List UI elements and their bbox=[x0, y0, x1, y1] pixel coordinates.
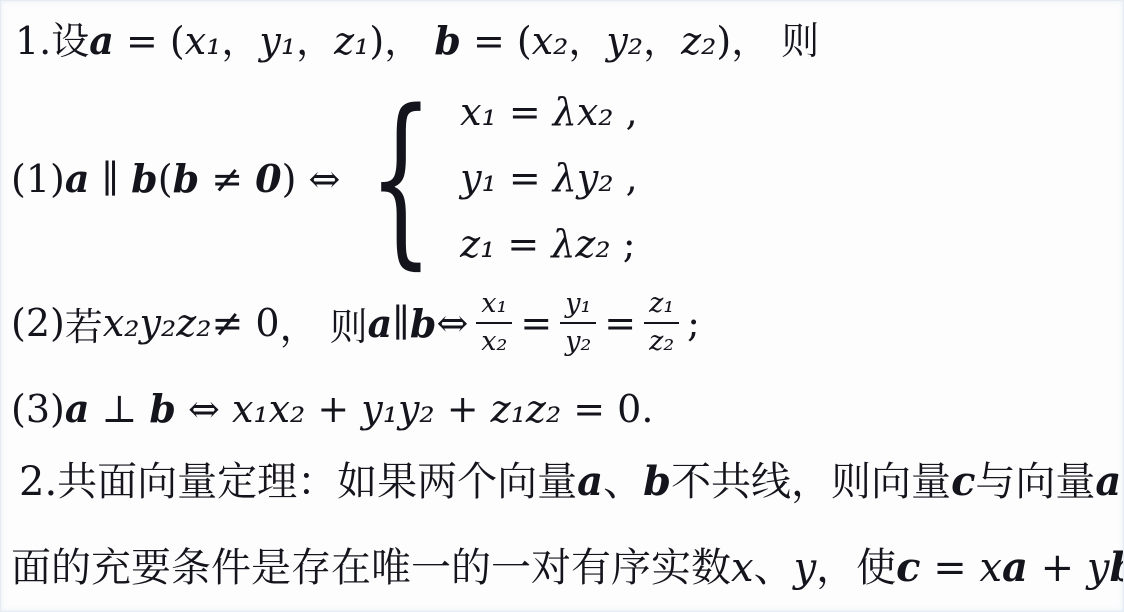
text-segment: ⇔ bbox=[436, 301, 468, 345]
text-segment: λz₂ bbox=[551, 222, 610, 266]
text-segment: x₂y₂z₂ bbox=[103, 301, 212, 345]
text-segment: = ( bbox=[461, 19, 532, 63]
text-segment: 面的充要条件是存在唯一的一对有序实数 bbox=[11, 545, 731, 591]
text-segment: + bbox=[305, 387, 361, 431]
text-segment: ) bbox=[716, 19, 731, 63]
text-segment: y bbox=[794, 545, 817, 591]
text-segment: x bbox=[979, 545, 1002, 591]
text-segment: (3) bbox=[11, 387, 65, 431]
text-segment: , bbox=[614, 156, 638, 200]
text-segment: x₁ bbox=[185, 19, 222, 63]
fraction: y₁y₂ bbox=[560, 290, 596, 356]
text-segment: c bbox=[896, 544, 920, 591]
text-segment: b bbox=[1110, 544, 1124, 591]
text-segment: ， bbox=[296, 19, 334, 63]
text-segment: y₁ bbox=[259, 19, 296, 63]
text-segment: a bbox=[577, 458, 603, 505]
text-segment: z₁z₂ bbox=[491, 387, 562, 431]
text-segment: 与向量 bbox=[975, 459, 1095, 505]
text-segment: a bbox=[368, 301, 393, 346]
text-segment: ≠ bbox=[199, 157, 255, 201]
equation-system: x₁ = λx₂ , y₁ = λy₂ , z₁ = λz₂ ; bbox=[460, 89, 638, 267]
text-segment: b bbox=[149, 386, 176, 431]
text-segment: ⊥ bbox=[89, 387, 149, 431]
text-segment: 2.共面向量定理：如果两个向量 bbox=[19, 459, 577, 505]
text-segment: a bbox=[89, 18, 114, 63]
text-segment: z₁ bbox=[460, 222, 495, 266]
fraction: z₁z₂ bbox=[644, 290, 679, 356]
text-segment: y₂ bbox=[606, 19, 643, 63]
text-segment: ) ⇔ bbox=[282, 157, 341, 201]
text-segment: = bbox=[921, 545, 980, 591]
text-segment: 、 bbox=[603, 459, 643, 505]
text-segment: = bbox=[495, 222, 551, 266]
text-segment: = bbox=[497, 90, 553, 134]
text-segment: ≠ 0 bbox=[211, 301, 279, 345]
text-segment: ， bbox=[643, 19, 681, 63]
text-segment: = ( bbox=[114, 19, 185, 63]
fraction: x₁x₂ bbox=[476, 290, 512, 356]
text-segment: = bbox=[520, 301, 552, 345]
text-segment: z₂ bbox=[681, 19, 716, 63]
text-segment: ; bbox=[687, 301, 700, 345]
vector-setup-line: 1.设a = (x₁，y₁，z₁)， b = (x₂，y₂，z₂)， 则 bbox=[15, 17, 819, 65]
text-segment: b bbox=[410, 301, 437, 346]
text-segment: a bbox=[1002, 544, 1028, 591]
text-segment: y₁ bbox=[460, 156, 497, 200]
text-segment: z₁ bbox=[334, 19, 369, 63]
text-segment: y bbox=[1087, 545, 1110, 591]
text-segment: 1.设 bbox=[15, 19, 89, 63]
text-segment: ⇔ bbox=[176, 387, 232, 431]
text-segment: + bbox=[1028, 545, 1087, 591]
text-segment: ， 则 bbox=[731, 19, 819, 63]
text-segment: x₁ bbox=[460, 90, 497, 134]
text-segment: x₂ bbox=[532, 19, 569, 63]
text-segment: 若 bbox=[65, 296, 103, 351]
text-segment: = bbox=[497, 156, 553, 200]
math-notes-page: 1.设a = (x₁，y₁，z₁)， b = (x₂，y₂，z₂)， 则 (1)… bbox=[0, 0, 1124, 612]
text-segment: b bbox=[643, 458, 671, 505]
text-segment: b bbox=[131, 156, 158, 201]
text-segment: (2) bbox=[11, 301, 65, 345]
text-segment: ∥ bbox=[89, 157, 131, 201]
text-segment: ， bbox=[568, 19, 606, 63]
text-segment: 0 bbox=[255, 156, 281, 201]
text-segment: a bbox=[65, 156, 90, 201]
equation-row-y: y₁ = λy₂ , bbox=[460, 155, 638, 201]
text-segment: x bbox=[731, 545, 754, 591]
text-segment: = bbox=[604, 301, 636, 345]
parallel-condition-lead: (1)a ∥ b(b ≠ 0) ⇔ bbox=[11, 156, 340, 201]
equation-row-x: x₁ = λx₂ , bbox=[460, 89, 638, 135]
text-segment: = 0. bbox=[561, 387, 653, 431]
text-segment: λy₂ bbox=[553, 156, 614, 200]
text-segment: b bbox=[173, 156, 200, 201]
text-segment: ， bbox=[221, 19, 259, 63]
text-segment: ， bbox=[384, 19, 434, 63]
text-segment: , bbox=[613, 90, 637, 134]
text-segment: ， 则 bbox=[280, 296, 368, 351]
text-segment: ∥ bbox=[392, 301, 410, 345]
text-segment: + bbox=[435, 387, 491, 431]
text-segment: 不共线，则向量 bbox=[671, 459, 951, 505]
text-segment: y₁y₂ bbox=[361, 387, 434, 431]
text-segment: 、 bbox=[754, 545, 794, 591]
text-segment: x₁x₂ bbox=[232, 387, 305, 431]
text-segment: a bbox=[1095, 458, 1121, 505]
text-segment: b bbox=[434, 18, 461, 63]
coplanar-theorem-line-2: 面的充要条件是存在唯一的一对有序实数x、y，使c = xa + yb. bbox=[11, 542, 1124, 594]
ratio-condition-line: (2)若x₂y₂z₂ ≠ 0， 则a ∥ b ⇔ x₁x₂ = y₁y₂ = z… bbox=[11, 282, 700, 364]
text-segment: c bbox=[951, 458, 975, 505]
equation-row-z: z₁ = λz₂ ; bbox=[460, 221, 638, 267]
coplanar-theorem-line-1: 2.共面向量定理：如果两个向量a、b不共线，则向量c与向量a、b共 bbox=[19, 456, 1124, 508]
text-segment: ( bbox=[158, 157, 173, 201]
perpendicular-condition-line: (3)a ⊥ b ⇔ x₁x₂ + y₁y₂ + z₁z₂ = 0. bbox=[11, 385, 653, 433]
text-segment: ，使 bbox=[816, 545, 896, 591]
text-segment: a bbox=[65, 386, 90, 431]
parallel-condition-block: (1)a ∥ b(b ≠ 0) ⇔ { x₁ = λx₂ , y₁ = λy₂ … bbox=[11, 89, 638, 267]
text-segment: ) bbox=[369, 19, 384, 63]
text-segment: ; bbox=[611, 222, 636, 266]
system-brace: { bbox=[369, 92, 434, 264]
text-segment: (1) bbox=[11, 157, 65, 201]
text-segment: λx₂ bbox=[553, 90, 614, 134]
